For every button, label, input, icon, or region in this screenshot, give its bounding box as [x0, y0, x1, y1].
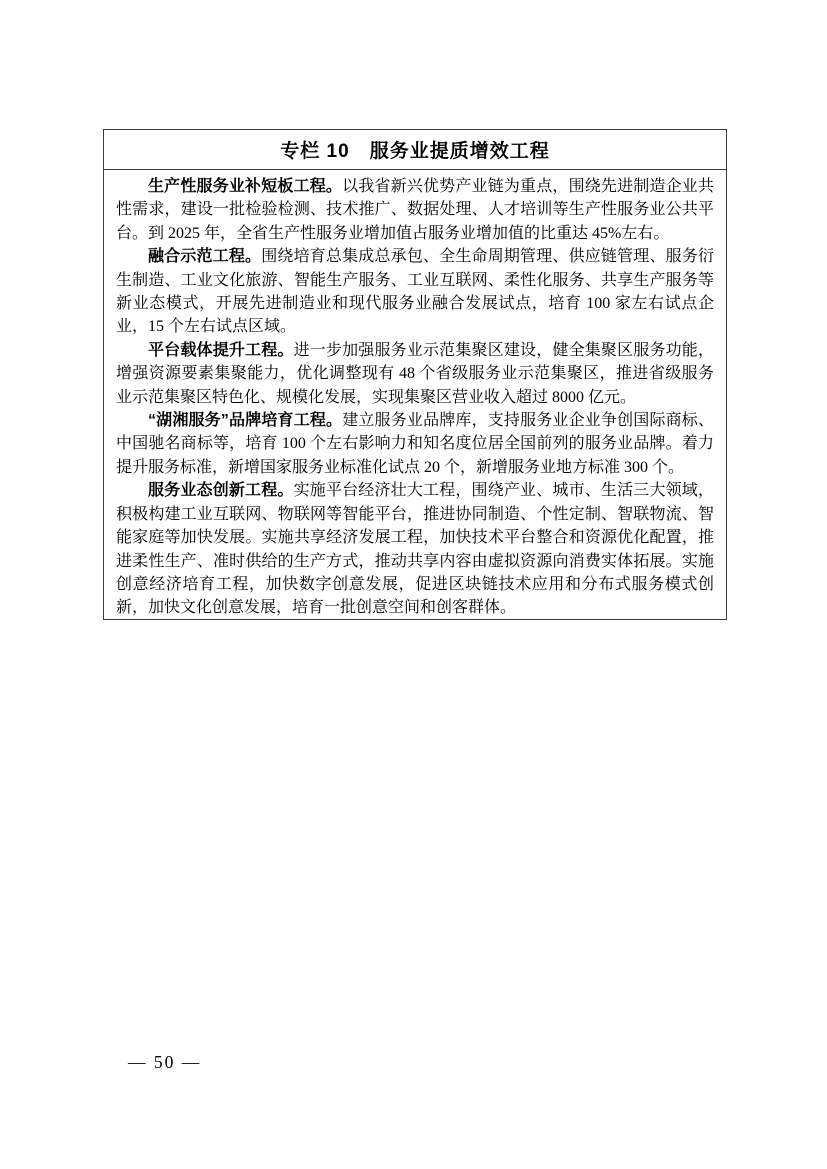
- paragraph: 平台载体提升工程。进一步加强服务业示范集聚区建设，健全集聚区服务功能，增强资源要…: [116, 339, 714, 409]
- box-title: 专栏 10 服务业提质增效工程: [280, 136, 549, 163]
- paragraph-lead: 平台载体提升工程。: [148, 342, 294, 359]
- paragraph-lead: 生产性服务业补短板工程。: [148, 178, 342, 195]
- paragraph: 生产性服务业补短板工程。以我省新兴优势产业链为重点，围绕先进制造企业共性需求，建…: [116, 175, 714, 245]
- feature-box: 专栏 10 服务业提质增效工程 生产性服务业补短板工程。以我省新兴优势产业链为重…: [103, 129, 727, 620]
- paragraph: 融合示范工程。围绕培育总集成总承包、全生命周期管理、供应链管理、服务衍生制造、工…: [116, 245, 714, 339]
- paragraph: 服务业态创新工程。实施平台经济壮大工程，围绕产业、城市、生活三大领域，积极构建工…: [116, 479, 714, 619]
- box-title-row: 专栏 10 服务业提质增效工程: [104, 130, 726, 170]
- page-number: — 50 —: [128, 1052, 201, 1073]
- box-body: 生产性服务业补短板工程。以我省新兴优势产业链为重点，围绕先进制造企业共性需求，建…: [104, 170, 726, 620]
- paragraph: “湖湘服务”品牌培育工程。建立服务业品牌库，支持服务业企业争创国际商标、中国驰名…: [116, 409, 714, 479]
- paragraph-lead: 融合示范工程。: [148, 248, 261, 265]
- paragraph-lead: 服务业态创新工程。: [148, 482, 294, 499]
- paragraph-lead: “湖湘服务”品牌培育工程。: [148, 412, 342, 429]
- paragraph-body: 实施平台经济壮大工程，围绕产业、城市、生活三大领域，积极构建工业互联网、物联网等…: [116, 482, 714, 616]
